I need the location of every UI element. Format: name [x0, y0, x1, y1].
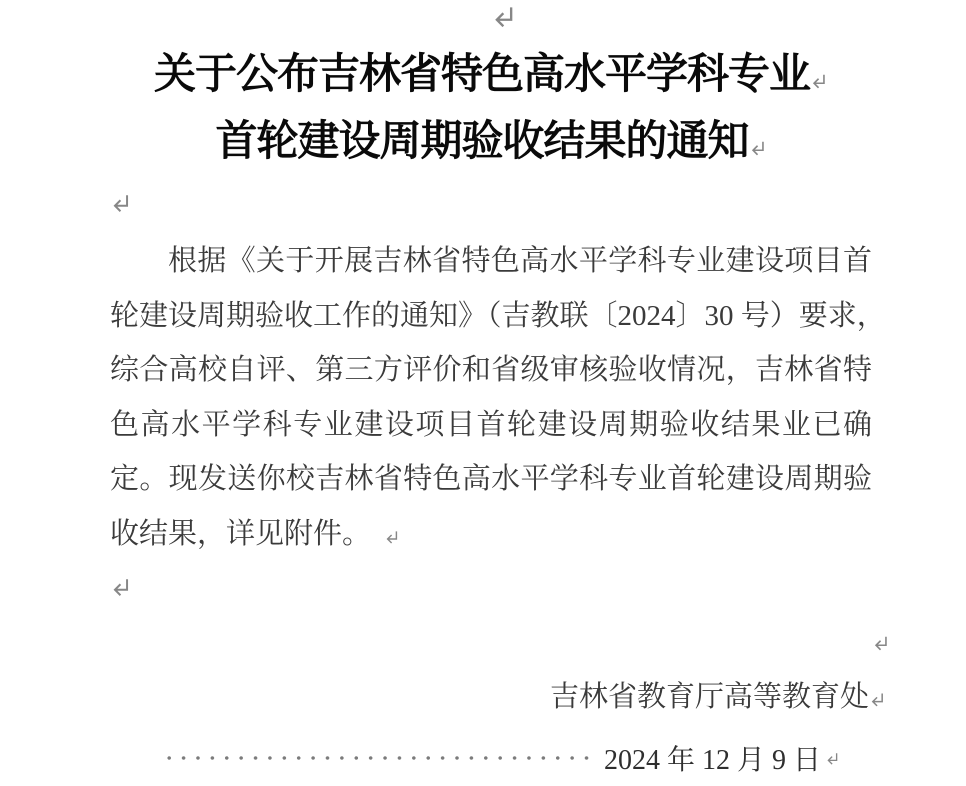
body-line: 定。现发送你校吉林省特色高水平学科专业首轮建设周期验: [110, 452, 872, 507]
document-title-line-1: 关于公布吉林省特色高水平学科专业: [110, 42, 872, 109]
paragraph-mark-icon: [810, 72, 828, 90]
body-line: 轮建设周期验收工作的通知》（吉教联〔2024〕30 号）要求，: [110, 289, 872, 344]
document-title-line-2: 首轮建设周期验收结果的通知: [110, 109, 872, 176]
date-row: 2024 年 12 月 9 日: [110, 740, 872, 776]
paragraph-mark-icon: [110, 192, 132, 214]
paragraph-mark-icon: [749, 139, 767, 157]
signature-row: 吉林省教育厅高等教育处: [110, 679, 872, 715]
paragraph-mark-icon: [872, 634, 890, 652]
document-body: 根据《关于开展吉林省特色高水平学科专业建设项目首 轮建设周期验收工作的通知》（吉…: [110, 234, 872, 561]
paragraph-mark-icon: [869, 691, 886, 708]
document-page: 关于公布吉林省特色高水平学科专业 首轮建设周期验收结果的通知 根据《关于开展吉林…: [0, 0, 966, 786]
title-text: 首轮建设周期验收结果的通知: [215, 119, 748, 165]
body-line: 色高水平学科专业建设项目首轮建设周期验收结果业已确: [110, 398, 872, 453]
body-line: 综合高校自评、第三方评价和省级审核验收情况，吉林省特: [110, 343, 872, 398]
paragraph-mark-icon: [825, 751, 840, 766]
dotted-leader: [162, 755, 594, 761]
paragraph-mark-icon: [110, 576, 132, 598]
signature: 吉林省教育厅高等教育处: [550, 681, 869, 713]
title-text: 关于公布吉林省特色高水平学科专业: [154, 52, 810, 98]
body-line: 根据《关于开展吉林省特色高水平学科专业建设项目首: [110, 234, 872, 289]
paragraph-mark-icon: [384, 529, 400, 545]
document-title: 关于公布吉林省特色高水平学科专业 首轮建设周期验收结果的通知: [110, 42, 872, 176]
body-line-text: 收结果，详见附件。: [110, 518, 371, 550]
paragraph-mark-icon: [491, 3, 517, 30]
date: 2024 年 12 月 9 日: [604, 738, 821, 778]
body-line: 收结果，详见附件。: [110, 507, 872, 562]
